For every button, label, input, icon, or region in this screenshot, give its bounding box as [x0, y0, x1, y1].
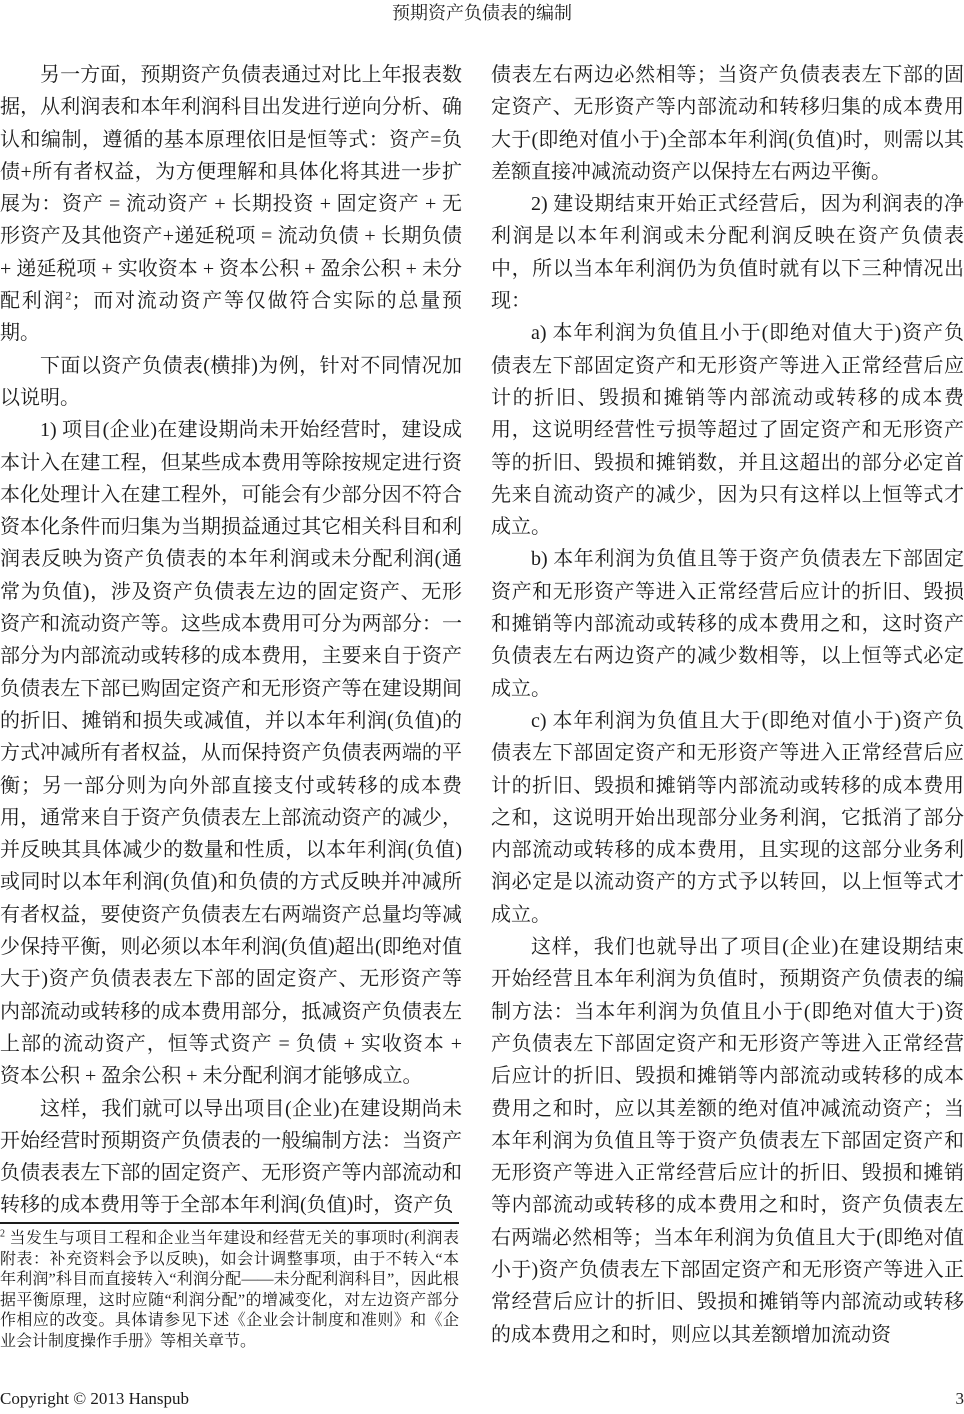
document-page: 预期资产负债表的编制 另一方面，预期资产负债表通过对比上年报表数据，从利润表和本…	[0, 0, 964, 1414]
paragraph: 2) 建设期结束开始正式经营后，因为利润表的净利润是以本年利润或未分配利润反映在…	[491, 188, 964, 317]
page-title: 预期资产负债表的编制	[0, 2, 964, 24]
footnote: 2 当发生与项目工程和企业当年建设和经营无关的事项时(利润表附表：补充资料会予以…	[0, 1222, 459, 1353]
right-column: 债表左右两边必然相等；当资产负债表表左下部的固定资产、无形资产等内部流动和转移归…	[491, 59, 964, 1349]
page-number: 3	[956, 1388, 964, 1410]
paragraph: c) 本年利润为负值且大于(即绝对值小于)资产负债表左下部固定资产和无形资产等进…	[491, 705, 964, 931]
paragraph-text: 另一方面，预期资产负债表通过对比上年报表数据，从利润表和本年利润科目出发进行逆向…	[0, 64, 462, 312]
paragraph: 1) 项目(企业)在建设期尚未开始经营时，建设成本计入在建工程，但某些成本费用等…	[0, 414, 462, 1092]
text-columns: 另一方面，预期资产负债表通过对比上年报表数据，从利润表和本年利润科目出发进行逆向…	[0, 59, 964, 1349]
footnote-paragraph: 2 当发生与项目工程和企业当年建设和经营无关的事项时(利润表附表：补充资料会予以…	[0, 1229, 459, 1353]
paragraph: a) 本年利润为负值且小于(即绝对值大于)资产负债表左下部固定资产和无形资产等进…	[491, 317, 964, 543]
page-footer: Copyright © 2013 Hanspub 3	[0, 1388, 964, 1410]
paragraph: b) 本年利润为负值且等于资产负债表左下部固定资产和无形资产等进入正常经营后应计…	[491, 543, 964, 704]
left-column: 另一方面，预期资产负债表通过对比上年报表数据，从利润表和本年利润科目出发进行逆向…	[0, 59, 462, 1219]
paragraph: 这样，我们就可以导出项目(企业)在建设期尚未开始经营时预期资产负债表的一般编制方…	[0, 1093, 462, 1220]
paragraph: 另一方面，预期资产负债表通过对比上年报表数据，从利润表和本年利润科目出发进行逆向…	[0, 59, 462, 350]
paragraph: 下面以资产负债表(横排)为例，针对不同情况加以说明。	[0, 350, 462, 415]
paragraph: 这样，我们也就导出了项目(企业)在建设期结束开始经营且本年利润为负值时，预期资产…	[491, 931, 964, 1349]
footnote-text: 当发生与项目工程和企业当年建设和经营无关的事项时(利润表附表：补充资料会予以反映…	[0, 1230, 459, 1350]
copyright-text: Copyright © 2013 Hanspub	[0, 1388, 189, 1410]
paragraph: 债表左右两边必然相等；当资产负债表表左下部的固定资产、无形资产等内部流动和转移归…	[491, 59, 964, 188]
